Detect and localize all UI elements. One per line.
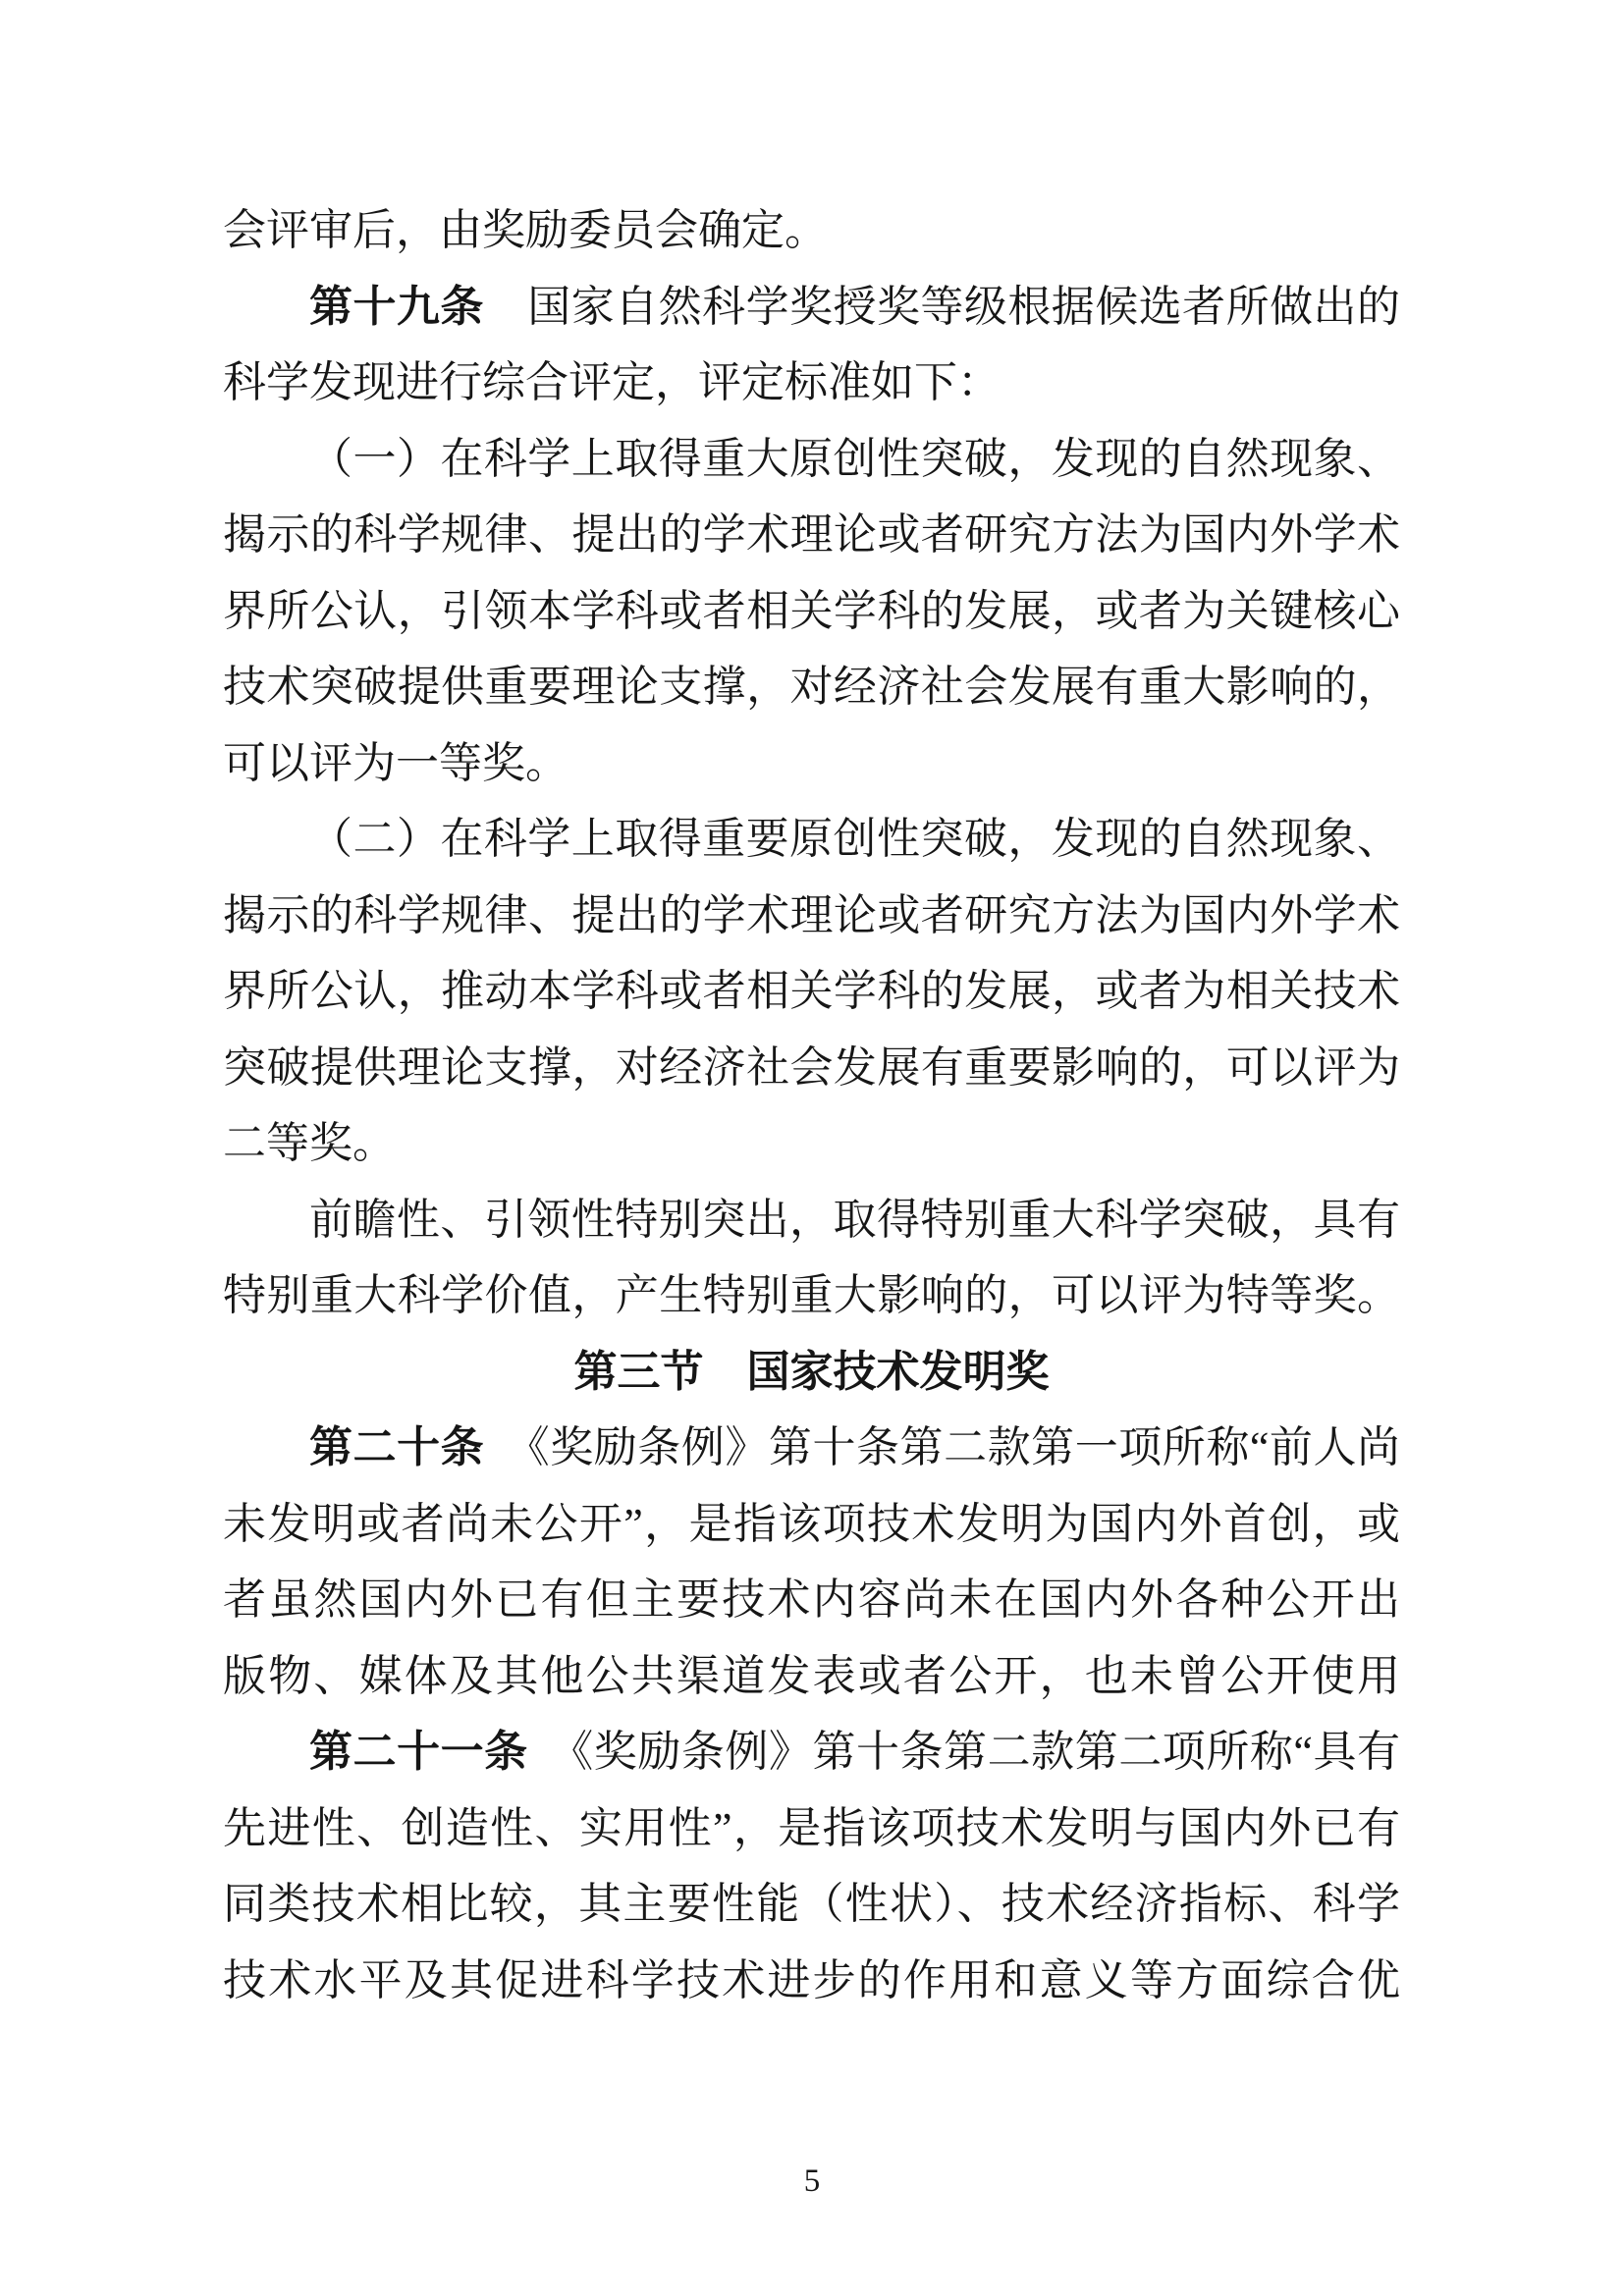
text-line: 揭示的科学规律、提出的学术理论或者研究方法为国内外学术: [223, 497, 1400, 573]
text-line: 第二十一条 《奖励条例》第十条第二款第二项所称“具有: [223, 1714, 1400, 1790]
text-line: 未发明或者尚未公开”，是指该项技术发明为国内外首创，或: [223, 1486, 1400, 1563]
text-line: 前瞻性、引领性特别突出，取得特别重大科学突破，具有: [223, 1182, 1400, 1258]
text-line: 特别重大科学价值，产生特别重大影响的，可以评为特等奖。: [223, 1257, 1400, 1334]
text-line: （一）在科学上取得重大原创性突破，发现的自然现象、: [223, 421, 1400, 498]
article-number: 第十九条: [309, 283, 484, 331]
text-line: 同类技术相比较，其主要性能（性状）、技术经济指标、科学: [223, 1866, 1400, 1943]
document-page: 会评审后，由奖励委员会确定。 第十九条 国家自然科学奖授奖等级根据候选者所做出的…: [0, 0, 1624, 2296]
page-number: 5: [0, 2152, 1624, 2211]
text-line: 版物、媒体及其他公共渠道发表或者公开，也未曾公开使用过。: [223, 1638, 1400, 1715]
text-line: 揭示的科学规律、提出的学术理论或者研究方法为国内外学术: [223, 878, 1400, 954]
line-text: 《奖励条例》第十条第二款第二项所称“具有: [528, 1728, 1400, 1776]
text-line: 第二十条 《奖励条例》第十条第二款第一项所称“前人尚: [223, 1410, 1400, 1486]
text-line: 先进性、创造性、实用性”，是指该项技术发明与国内外已有: [223, 1790, 1400, 1867]
text-line: 会评审后，由奖励委员会确定。: [223, 192, 1400, 269]
section-heading: 第三节 国家技术发明奖: [223, 1334, 1400, 1411]
line-text: 国家自然科学奖授奖等级根据候选者所做出的: [484, 283, 1400, 331]
text-line: 可以评为一等奖。: [223, 725, 1400, 802]
text-line: 技术水平及其促进科学技术进步的作用和意义等方面综合优: [223, 1943, 1400, 2019]
text-line: 界所公认，引领本学科或者相关学科的发展，或者为关键核心: [223, 573, 1400, 650]
text-line: 突破提供理论支撑，对经济社会发展有重要影响的，可以评为: [223, 1030, 1400, 1106]
line-text: 《奖励条例》第十条第二款第一项所称“前人尚: [484, 1423, 1400, 1471]
text-line: （二）在科学上取得重要原创性突破，发现的自然现象、: [223, 801, 1400, 878]
article-number: 第二十一条: [309, 1728, 528, 1776]
text-line: 者虽然国内外已有但主要技术内容尚未在国内外各种公开出: [223, 1562, 1400, 1638]
text-line: 第十九条 国家自然科学奖授奖等级根据候选者所做出的: [223, 269, 1400, 346]
text-line: 二等奖。: [223, 1105, 1400, 1182]
article-number: 第二十条: [309, 1423, 484, 1471]
text-line: 技术突破提供重要理论支撑，对经济社会发展有重大影响的，: [223, 649, 1400, 725]
document-body: 会评审后，由奖励委员会确定。 第十九条 国家自然科学奖授奖等级根据候选者所做出的…: [223, 192, 1400, 2018]
text-line: 科学发现进行综合评定，评定标准如下：: [223, 345, 1400, 421]
text-line: 界所公认，推动本学科或者相关学科的发展，或者为相关技术: [223, 953, 1400, 1030]
